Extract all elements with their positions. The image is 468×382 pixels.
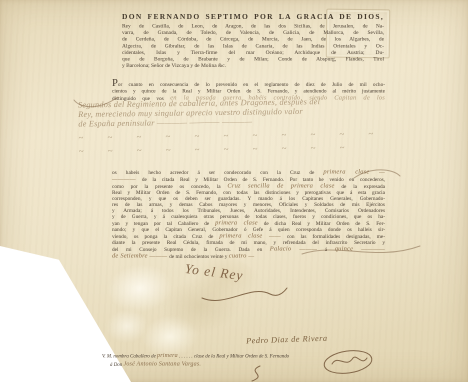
printed-text: con las formalidades designadas, me-	[281, 234, 385, 240]
handwritten-text: Cruz sencilla de primera clase	[227, 182, 334, 190]
handwritten-text: ————	[112, 175, 142, 183]
printed-text: cidentales, Islas y Tierra-firme del mar…	[122, 49, 384, 55]
printed-text: y Barcelona; Señor de Vizcaya y de Molin…	[122, 63, 226, 69]
ink-flourish	[352, 166, 402, 180]
printed-text: que de Borgoña, de Brabante y de Milan; …	[122, 56, 384, 62]
handwritten-text: de España peninsular ———— ———— ————	[78, 117, 252, 129]
text-line: varra, de Granada, de Toledo, de Valenci…	[122, 30, 384, 37]
text-line: ~ ~ ~ ~ ~ ~ ~ ~ ~ ~ ~	[78, 129, 378, 143]
document-title: DON FERNANDO SEPTIMO POR LA GRACIA DE DI…	[122, 13, 384, 22]
text-line: como por la presente os concedo, la Cruz…	[112, 183, 385, 190]
royal-header: DON FERNANDO SEPTIMO POR LA GRACIA DE DI…	[122, 13, 384, 69]
printed-text: Algecira, de Gibraltar, de las Islas de …	[122, 43, 384, 49]
handwritten-citation: Segundos del Regimiento de caballería, a…	[78, 97, 379, 157]
printed-text: varra, de Granada, de Toledo, de Valenci…	[122, 30, 384, 36]
date-flourish	[298, 240, 424, 260]
printed-text: os habeis hecho acreedor á ser condecora…	[112, 170, 323, 176]
printed-text: res de las armas, y demas Cabos mayores …	[112, 202, 385, 208]
printed-text: V. M. nombra Caballero de	[102, 354, 157, 360]
handwritten-text: ~ ~ ~ ~ ~ ~ ~ ~ ~ ~ ~	[78, 128, 373, 142]
bottom-flourish	[236, 366, 276, 382]
text-line: os habeis hecho acreedor á ser condecora…	[112, 169, 385, 176]
royal-titles-text: Rey de Castilla, de Leon, de Aragon, de …	[122, 23, 384, 69]
printed-text: Por cuanto en consecuencia de lo preveni…	[112, 82, 385, 88]
handwritten-text: primera	[157, 352, 178, 359]
printed-text: de la expresada	[335, 184, 385, 190]
printed-text: viendo, os ponga la citada Cruz de	[112, 234, 219, 240]
text-line: Algecira, de Gibraltar, de las Islas de …	[122, 43, 384, 50]
printed-text: Rey de Castilla, de Leon, de Aragon, de …	[122, 23, 384, 29]
text-line: viendo, os ponga la citada Cruz de prime…	[112, 233, 385, 240]
printed-text: . . . . . . clase de la Real y Militar O…	[178, 354, 289, 360]
signature-rubric	[198, 282, 290, 304]
text-line: de España peninsular ———— ———— ————	[78, 116, 378, 130]
printed-text: yan y tengan por tal Caballero de	[112, 221, 215, 227]
handwritten-text: José Antonio Santana Vargas.	[123, 360, 201, 367]
printed-text: como por la presente os concedo, la	[112, 184, 227, 190]
handwritten-text: primera clase ——	[219, 232, 280, 240]
printed-text: y Armada; á todos los Tribunales, Jueces…	[112, 208, 385, 214]
printed-text: Real y Militar Orden de S. Fernando, con…	[112, 190, 385, 196]
text-line: que de Borgoña, de Brabante y de Milan; …	[122, 56, 384, 63]
printed-text: de Cerdeña, de Córdoba, de Córcega, de M…	[122, 36, 384, 42]
handwritten-text: primera clase	[215, 219, 258, 227]
printed-text: á Don	[110, 362, 123, 368]
text-line: yan y tengan por tal Caballero de primer…	[112, 220, 385, 227]
text-line: Por cuanto en consecuencia de lo preveni…	[112, 80, 385, 88]
text-line: y Barcelona; Señor de Vizcaya y de Molin…	[122, 63, 384, 70]
printed-text: corresponden, y que os deben ser guardad…	[112, 196, 385, 202]
rubric-flourish	[322, 349, 374, 375]
photo-background: DON FERNANDO SEPTIMO POR LA GRACIA DE DI…	[0, 0, 468, 382]
printed-text: de dicha Real y Militar Orden de S. Fer-	[258, 221, 385, 227]
